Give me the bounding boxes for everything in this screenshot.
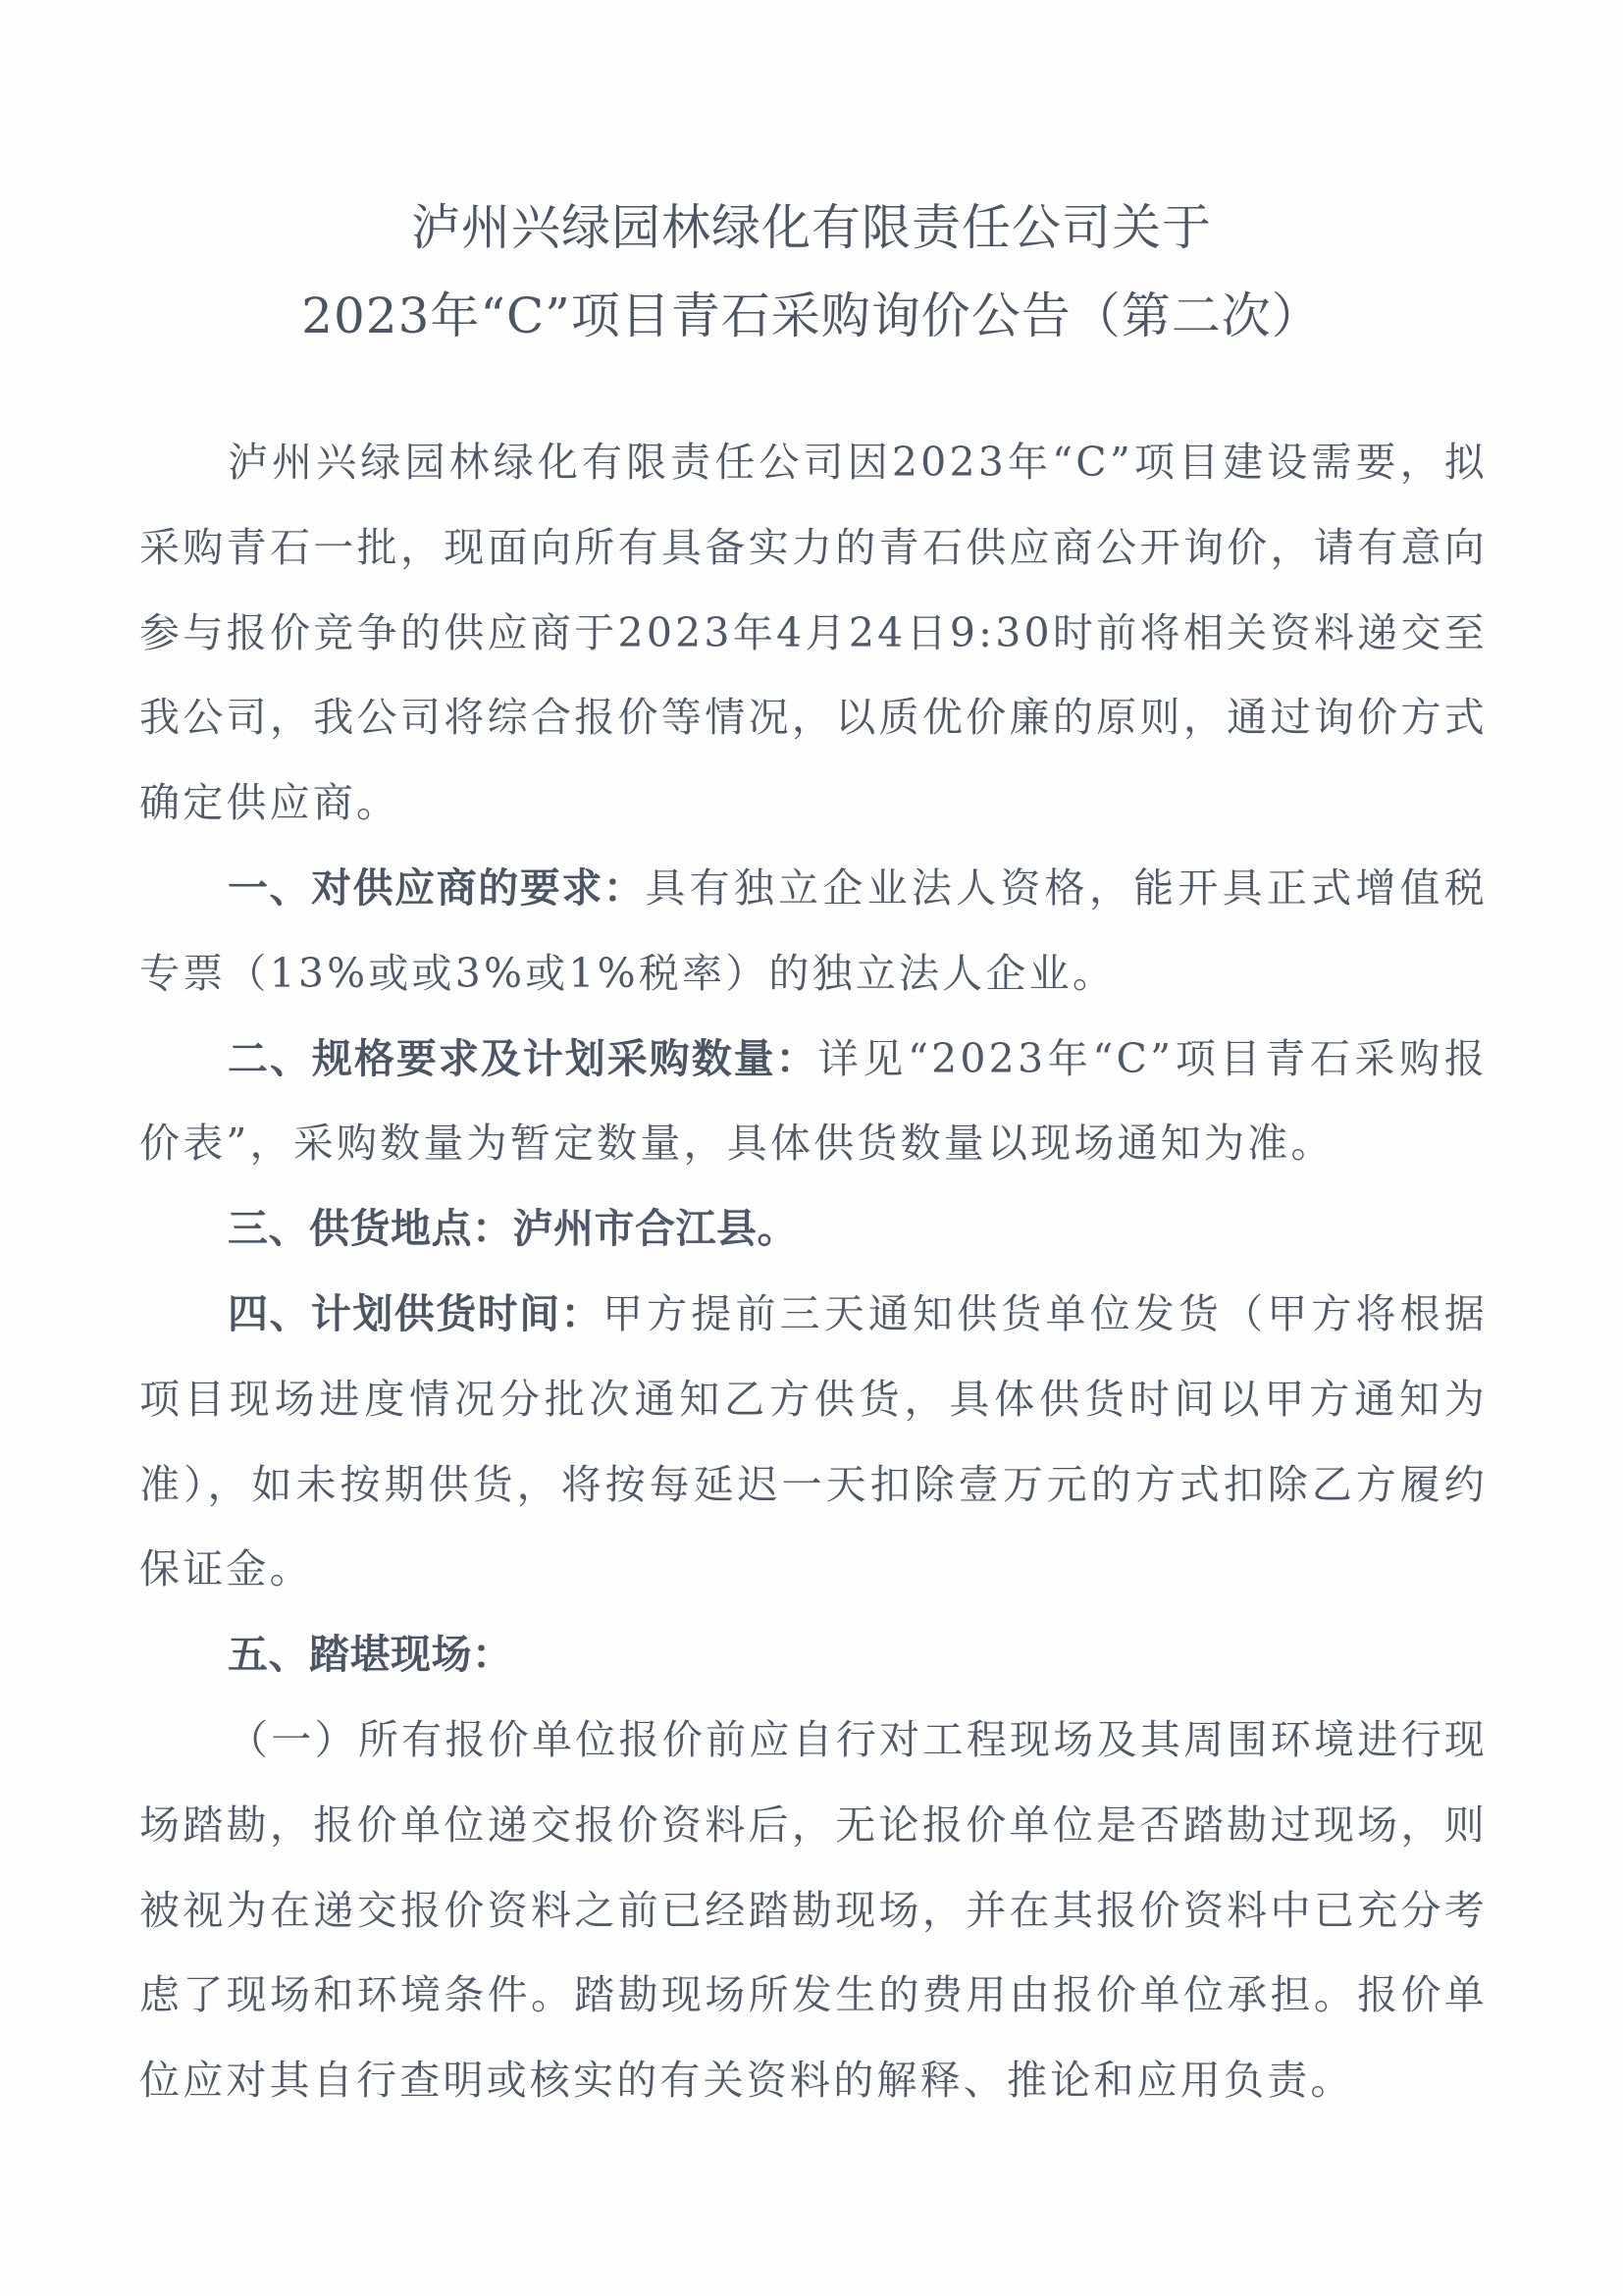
section-2-paragraph: 二、规格要求及计划采购数量：详见“2023年“C”项目青石采购报价表”，采购数量… [139, 1017, 1488, 1187]
section-4-heading: 四、计划供货时间： [228, 1290, 602, 1337]
document-page: 泸州兴绿园林绿化有限责任公司关于 2023年“C”项目青石采购询价公告（第二次）… [0, 0, 1623, 2296]
document-title-line-2: 2023年“C”项目青石采购询价公告（第二次） [0, 277, 1623, 347]
section-3-heading: 三、供货地点： [228, 1205, 513, 1252]
section-2-heading: 二、规格要求及计划采购数量： [228, 1035, 818, 1082]
section-5-heading: 五、踏堪现场： [228, 1631, 513, 1678]
section-4-paragraph: 四、计划供货时间：甲方提前三天通知供货单位发货（甲方将根据项目现场进度情况分批次… [139, 1272, 1488, 1612]
document-body: 泸州兴绿园林绿化有限责任公司因2023年“C”项目建设需要，拟采购青石一批，现面… [139, 420, 1488, 2123]
document-title-line-1: 泸州兴绿园林绿化有限责任公司关于 [0, 188, 1623, 259]
intro-paragraph: 泸州兴绿园林绿化有限责任公司因2023年“C”项目建设需要，拟采购青石一批，现面… [139, 420, 1488, 846]
section-3-paragraph: 三、供货地点：泸州市合江县。 [139, 1186, 1488, 1272]
section-1-heading: 一、对供应商的要求： [228, 864, 645, 912]
section-1-paragraph: 一、对供应商的要求：具有独立企业法人资格，能开具正式增值税专票（13%或或3%或… [139, 846, 1488, 1017]
section-5-paragraph: 五、踏堪现场： [139, 1612, 1488, 1697]
section-3-text: 泸州市合江县。 [513, 1205, 799, 1252]
subsection-1-paragraph: （一）所有报价单位报价前应自行对工程现场及其周围环境进行现场踏勘，报价单位递交报… [139, 1697, 1488, 2123]
